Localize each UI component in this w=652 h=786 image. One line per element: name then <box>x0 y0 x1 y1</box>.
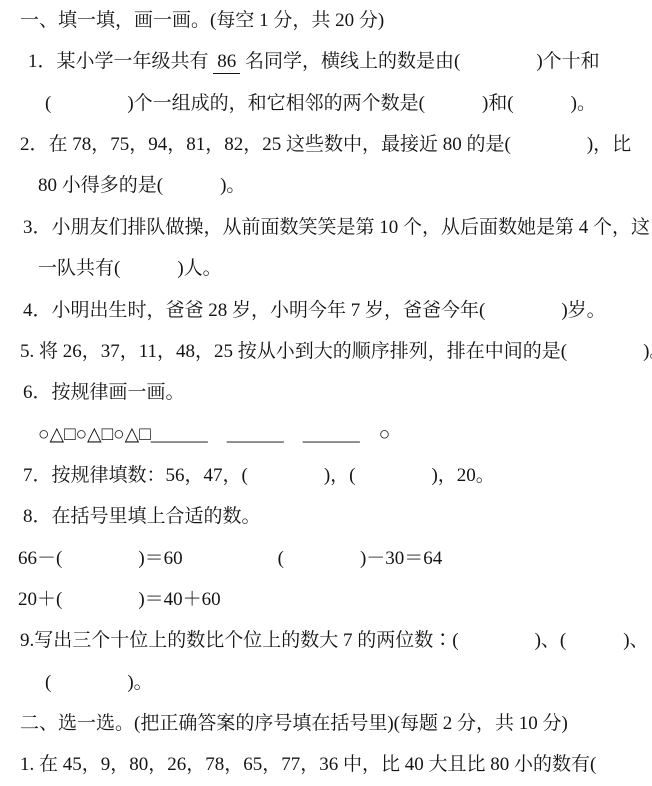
q2-line1: 2．在 78，75，94，81，82，25 这些数中，最接近 80 的是( )，… <box>18 124 648 165</box>
section1-header: 一、填一填，画一画。(每空 1 分，共 20 分) <box>18 0 648 41</box>
q1-text-pre: 1．某小学一年级共有 <box>28 51 213 72</box>
q8-line1: 8．在括号里填上合适的数。 <box>18 496 648 537</box>
q2-line2: 80 小得多的是( )。 <box>18 165 648 206</box>
q5-line1: 5. 将 26，37，11，48，25 按从小到大的顺序排列，排在中间的是( )… <box>18 331 648 372</box>
q8-equation-row2: 20＋( )＝40＋60 <box>18 579 648 620</box>
q9-line2: ( )。 <box>18 662 648 703</box>
q4-line1: 4．小明出生时，爸爸 28 岁，小明今年 7 岁，爸爸今年( )岁。 <box>18 290 648 331</box>
q1-line1: 1．某小学一年级共有 86 名同学，横线上的数是由( )个十和 <box>18 41 648 82</box>
q6-shape-pattern: ○△□○△□○△□______ ______ ______ ○ <box>18 414 648 455</box>
q1-underlined-number: 86 <box>213 51 240 74</box>
q1-line2: ( )个一组成的，和它相邻的两个数是( )和( )。 <box>18 83 648 124</box>
q9-line1: 9.写出三个十位上的数比个位上的数大 7 的两位数∶( )、( )、 <box>18 620 648 661</box>
section2-header: 二、选一选。(把正确答案的序号填在括号里)(每题 2 分，共 10 分) <box>18 703 648 744</box>
q3-line2: 一队共有( )人。 <box>18 248 648 289</box>
q6-line1: 6．按规律画一画。 <box>18 372 648 413</box>
q3-line1: 3．小朋友们排队做操，从前面数笑笑是第 10 个，从后面数她是第 4 个，这 <box>18 207 648 248</box>
q8-equation-row1: 66－( )＝60 ( )－30＝64 <box>18 538 648 579</box>
q7-line1: 7．按规律填数：56，47，( )，( )，20。 <box>18 455 648 496</box>
q1-text-post: 名同学，横线上的数是由( )个十和 <box>240 51 599 72</box>
worksheet-page: 一、填一填，画一画。(每空 1 分，共 20 分) 1．某小学一年级共有 86 … <box>0 0 652 786</box>
s2-q1-line1: 1. 在 45，9，80，26，78，65，77，36 中，比 40 大且比 8… <box>18 744 648 785</box>
